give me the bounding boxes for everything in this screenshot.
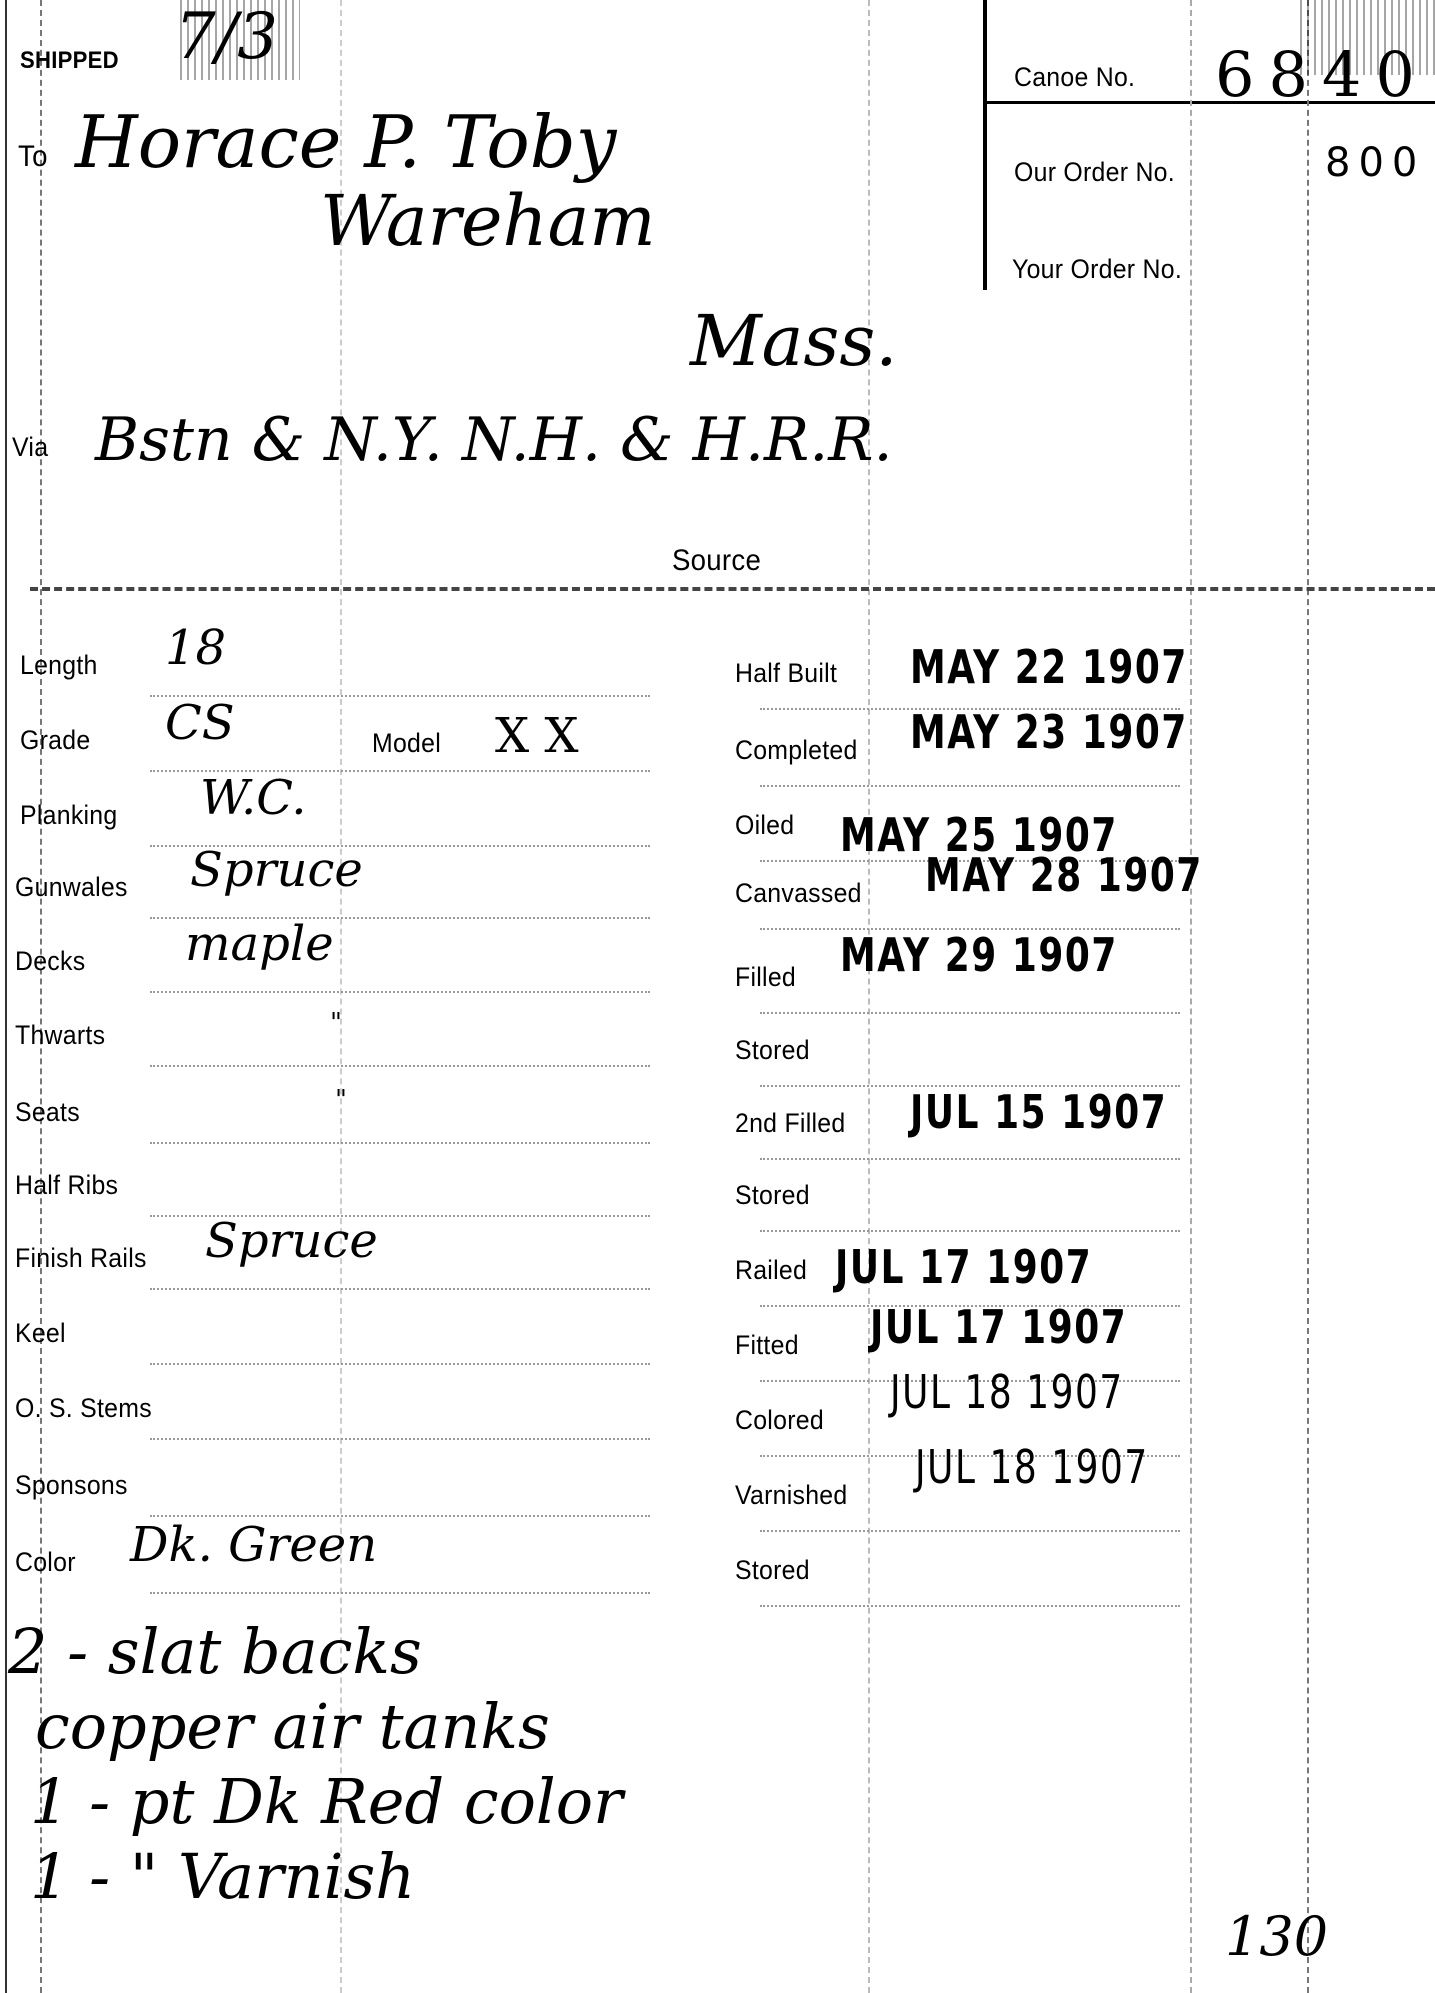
to-city: Wareham bbox=[320, 180, 656, 262]
spec-label: Sponsons bbox=[15, 1470, 128, 1501]
canoe-no-value: 6840 bbox=[1215, 38, 1429, 111]
spec-label: Half Ribs bbox=[15, 1170, 118, 1201]
stage-label: Stored bbox=[735, 1180, 810, 1211]
spec-label: Keel bbox=[15, 1318, 66, 1349]
via-label: Via bbox=[12, 432, 48, 463]
left-margin-line bbox=[5, 0, 7, 1993]
stage-label: Stored bbox=[735, 1555, 810, 1586]
spec-value: W.C. bbox=[200, 770, 306, 826]
grid-line bbox=[868, 0, 870, 1993]
to-state: Mass. bbox=[690, 300, 898, 382]
model-label: Model bbox=[372, 728, 441, 759]
stage-label: Railed bbox=[735, 1255, 807, 1286]
spec-value: " bbox=[330, 1008, 342, 1038]
stage-date-stamp: JUL 17 1907 bbox=[870, 1300, 1127, 1354]
to-name: Horace P. Toby bbox=[75, 100, 616, 184]
stage-date-stamp: JUL 18 1907 bbox=[915, 1440, 1149, 1494]
row-rule bbox=[150, 1288, 650, 1290]
shipped-value: 7/3 bbox=[175, 0, 278, 74]
stage-date-stamp: JUL 15 1907 bbox=[910, 1085, 1167, 1139]
spec-label: Planking bbox=[20, 800, 118, 831]
row-rule bbox=[150, 1363, 650, 1365]
spec-value: Spruce bbox=[190, 842, 363, 898]
spec-value: CS bbox=[165, 695, 235, 751]
row-rule bbox=[150, 1592, 650, 1594]
stage-label: Filled bbox=[735, 962, 796, 993]
via-value: Bstn & N.Y. N.H. & H.R.R. bbox=[95, 405, 893, 475]
spec-label: Grade bbox=[20, 725, 90, 756]
stage-label: Fitted bbox=[735, 1330, 799, 1361]
row-rule bbox=[760, 1230, 1180, 1232]
row-rule bbox=[760, 1530, 1180, 1532]
spec-label: Length bbox=[20, 650, 98, 681]
spec-label: Color bbox=[15, 1547, 76, 1578]
order-box-border bbox=[983, 0, 987, 290]
our-order-label: Our Order No. bbox=[1014, 157, 1175, 188]
row-rule bbox=[150, 1065, 650, 1067]
row-rule bbox=[150, 991, 650, 993]
grid-line bbox=[1190, 0, 1192, 1993]
spec-label: Seats bbox=[15, 1097, 80, 1128]
footer-mark: 130 bbox=[1225, 1905, 1328, 1968]
spec-value: " bbox=[335, 1085, 347, 1115]
note-line: 1 - " Varnish bbox=[30, 1840, 415, 1913]
our-order-value: 800 bbox=[1325, 140, 1425, 186]
stage-date-stamp: MAY 22 1907 bbox=[910, 640, 1188, 694]
spec-value: maple bbox=[185, 916, 334, 972]
stage-label: 2nd Filled bbox=[735, 1108, 845, 1139]
spec-value: Dk. Green bbox=[130, 1517, 377, 1573]
note-line: 1 - pt Dk Red color bbox=[30, 1765, 623, 1838]
stage-date-stamp: MAY 28 1907 bbox=[925, 848, 1203, 902]
stage-label: Varnished bbox=[735, 1480, 847, 1511]
grid-line bbox=[1307, 0, 1309, 1993]
spec-value: Spruce bbox=[205, 1213, 378, 1269]
stage-date-stamp: MAY 29 1907 bbox=[840, 928, 1118, 982]
stage-date-stamp: MAY 23 1907 bbox=[910, 705, 1188, 759]
to-label: To bbox=[18, 140, 48, 174]
row-rule bbox=[760, 785, 1180, 787]
row-rule bbox=[760, 1158, 1180, 1160]
note-line: 2 - slat backs bbox=[8, 1615, 422, 1688]
row-rule bbox=[150, 1438, 650, 1440]
row-rule bbox=[760, 1605, 1180, 1607]
stage-label: Oiled bbox=[735, 810, 794, 841]
row-rule bbox=[760, 1012, 1180, 1014]
source-divider bbox=[30, 587, 1435, 591]
spec-label: Decks bbox=[15, 946, 85, 977]
stage-label: Stored bbox=[735, 1035, 810, 1066]
spec-value: 18 bbox=[165, 620, 226, 676]
canoe-no-label: Canoe No. bbox=[1014, 62, 1135, 93]
spec-label: Finish Rails bbox=[15, 1243, 147, 1274]
source-label: Source bbox=[672, 544, 761, 578]
note-line: copper air tanks bbox=[35, 1690, 550, 1763]
stage-label: Half Built bbox=[735, 658, 837, 689]
model-value: X X bbox=[495, 708, 579, 764]
spec-label: Thwarts bbox=[15, 1020, 105, 1051]
stage-label: Colored bbox=[735, 1405, 824, 1436]
spec-label: Gunwales bbox=[15, 872, 128, 903]
row-rule bbox=[150, 1142, 650, 1144]
shipped-label: SHIPPED bbox=[20, 47, 119, 75]
stage-label: Completed bbox=[735, 735, 858, 766]
stage-date-stamp: JUL 17 1907 bbox=[835, 1240, 1092, 1294]
your-order-label: Your Order No. bbox=[1012, 254, 1182, 285]
stage-label: Canvassed bbox=[735, 878, 862, 909]
spec-label: O. S. Stems bbox=[15, 1393, 152, 1424]
stage-date-stamp: JUL 18 1907 bbox=[890, 1365, 1124, 1419]
